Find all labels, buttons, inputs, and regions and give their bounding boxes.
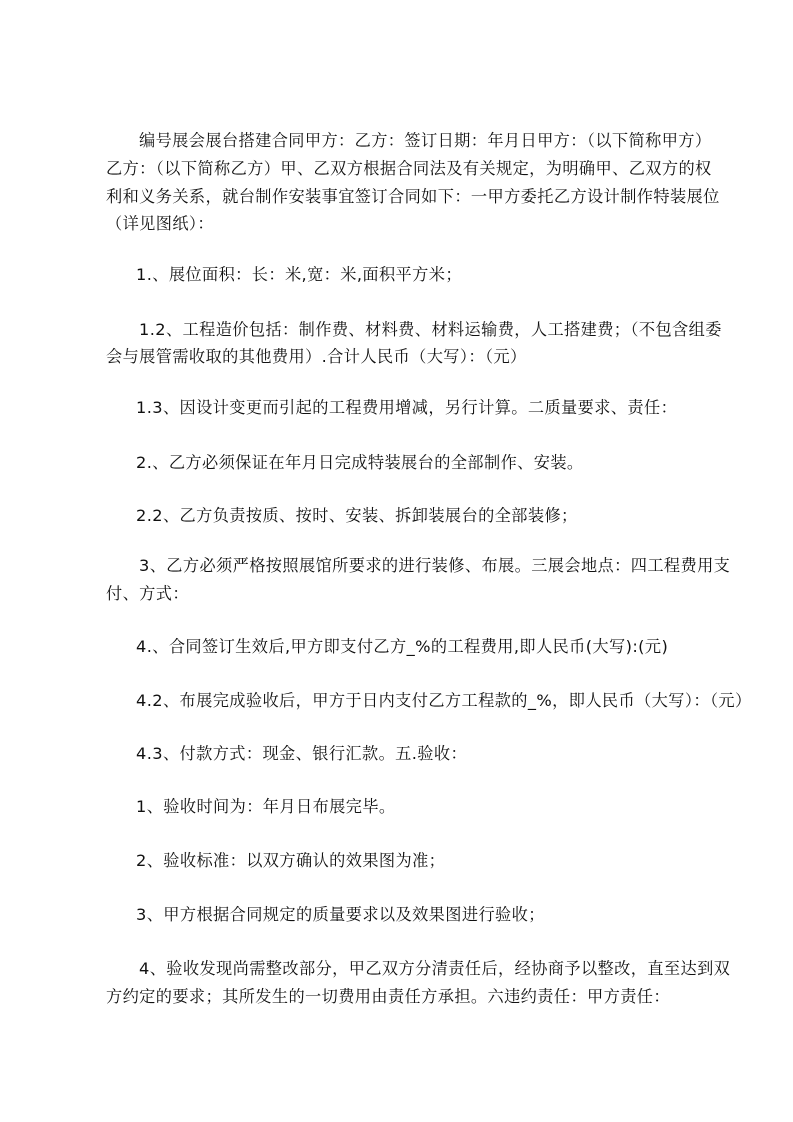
text-line: 编号展会展台搭建合同甲方：乙方：签订日期：年月日甲方：（以下简称甲方） bbox=[139, 131, 711, 151]
text-line: 方约定的要求；其所发生的一切费用由责任方承担。六违约责任：甲方责任： bbox=[106, 987, 670, 1007]
text-line: 4.2、布展完成验收后，甲方于日内支付乙方工程款的_%，即人民币（大写）：（元） bbox=[136, 691, 752, 711]
text-line: 3、甲方根据合同规定的质量要求以及效果图进行验收； bbox=[136, 905, 545, 925]
document-page: 编号展会展台搭建合同甲方：乙方：签订日期：年月日甲方：（以下简称甲方） 乙方：（… bbox=[0, 0, 793, 1122]
text-line: 1.、展位面积：长：米,宽：米,面积平方米； bbox=[136, 265, 462, 285]
text-line: 2.、乙方必须保证在年月日完成特装展台的全部制作、安装。 bbox=[136, 453, 584, 473]
text-line: 1.2、工程造价包括：制作费、材料费、材料运输费，人工搭建费；（不包含组委 bbox=[139, 320, 722, 340]
text-line: 4.3、付款方式：现金、银行汇款。五.验收： bbox=[136, 744, 467, 764]
text-line: （详见图纸）： bbox=[106, 214, 214, 234]
text-line: 2.2、乙方负责按质、按时、安装、拆卸装展台的全部装修； bbox=[136, 506, 578, 526]
text-line: 利和义务关系，就台制作安装事宜签订合同如下：一甲方委托乙方设计制作特装展位 bbox=[106, 187, 720, 207]
text-line: 乙方：（以下简称乙方）甲、乙双方根据合同法及有关规定，为明确甲、乙双方的权 bbox=[106, 159, 712, 179]
text-line: 3、乙方必须严格按照展馆所要求的进行装修、布展。三展会地点：四工程费用支 bbox=[139, 556, 730, 576]
text-line: 付、方式： bbox=[106, 584, 189, 604]
text-line: 1.3、因设计变更而引起的工程费用增减，另行计算。二质量要求、责任： bbox=[136, 398, 677, 418]
text-line: 4.、合同签订生效后,甲方即支付乙方_%的工程费用,即人民币(大写):(元) bbox=[136, 637, 668, 657]
text-line: 2、验收标准：以双方确认的效果图为准； bbox=[136, 851, 445, 871]
text-line: 会与展管需收取的其他费用）.合计人民币（大写）：（元） bbox=[106, 347, 527, 367]
text-line: 4、验收发现尚需整改部分，甲乙双方分清责任后，经协商予以整改，直至达到双 bbox=[139, 959, 730, 979]
text-line: 1、验收时间为：年月日布展完毕。 bbox=[136, 797, 396, 817]
